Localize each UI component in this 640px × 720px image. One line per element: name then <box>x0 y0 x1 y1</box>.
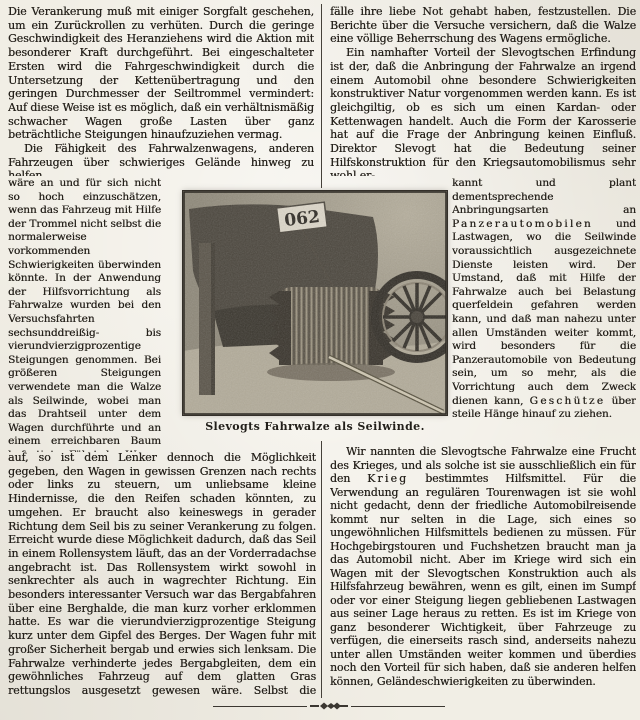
paragraph: Die Fähigkeit des Fahrwalzenwagens, ande… <box>8 142 314 176</box>
column-divider-rule-bottom <box>321 441 322 698</box>
right-column-bottom: Wir nannten die Slevogtsche Fahrwalze ei… <box>330 445 636 701</box>
paragraph: fälle ihre liebe Not gehabt haben, festz… <box>330 5 636 46</box>
paragraph: Die Verankerung muß mit einiger Sorgfalt… <box>8 5 314 142</box>
paragraph-fragment: bestimmtes Hilfsmittel. Für die Verwendu… <box>330 472 636 688</box>
right-column-beside-figure: kannt und plant dementsprechende Anbring… <box>452 177 636 442</box>
letterspaced-word: Krieg <box>367 472 408 485</box>
left-column-top: Die Verankerung muß mit einiger Sorgfalt… <box>8 5 314 176</box>
photo-illustration: 062 <box>183 191 447 415</box>
paragraph: Ein namhafter Vorteil der Slevogtschen E… <box>330 46 636 176</box>
left-column-bottom: auf, so ist dem Lenker dennoch die Mögli… <box>8 451 316 699</box>
left-column-beside-figure: wäre an und für sich nicht so hoch einzu… <box>8 177 161 452</box>
paragraph-fragment: und Lastwagen, wo die Seilwinde voraussi… <box>452 218 636 407</box>
paragraph-fragment: kannt und plant dementsprechende Anbring… <box>452 177 636 216</box>
divider-ornament-icon <box>310 701 348 711</box>
right-column-top: fälle ihre liebe Not gehabt haben, festz… <box>330 5 636 176</box>
rule-right <box>351 706 445 707</box>
figure-caption: Slevogts Fahrwalze als Seilwinde. <box>173 420 457 433</box>
letterspaced-word: Geschütze <box>530 395 606 407</box>
letterspaced-word: Panzerautomobilen <box>452 218 593 230</box>
scanned-magazine-page: Die Verankerung muß mit einiger Sorgfalt… <box>0 0 640 720</box>
column-divider-rule-top <box>321 4 322 188</box>
rule-left <box>213 706 307 707</box>
figure-photo: 062 <box>183 191 447 415</box>
end-of-article-divider <box>213 700 445 712</box>
photo-grain <box>183 191 447 415</box>
